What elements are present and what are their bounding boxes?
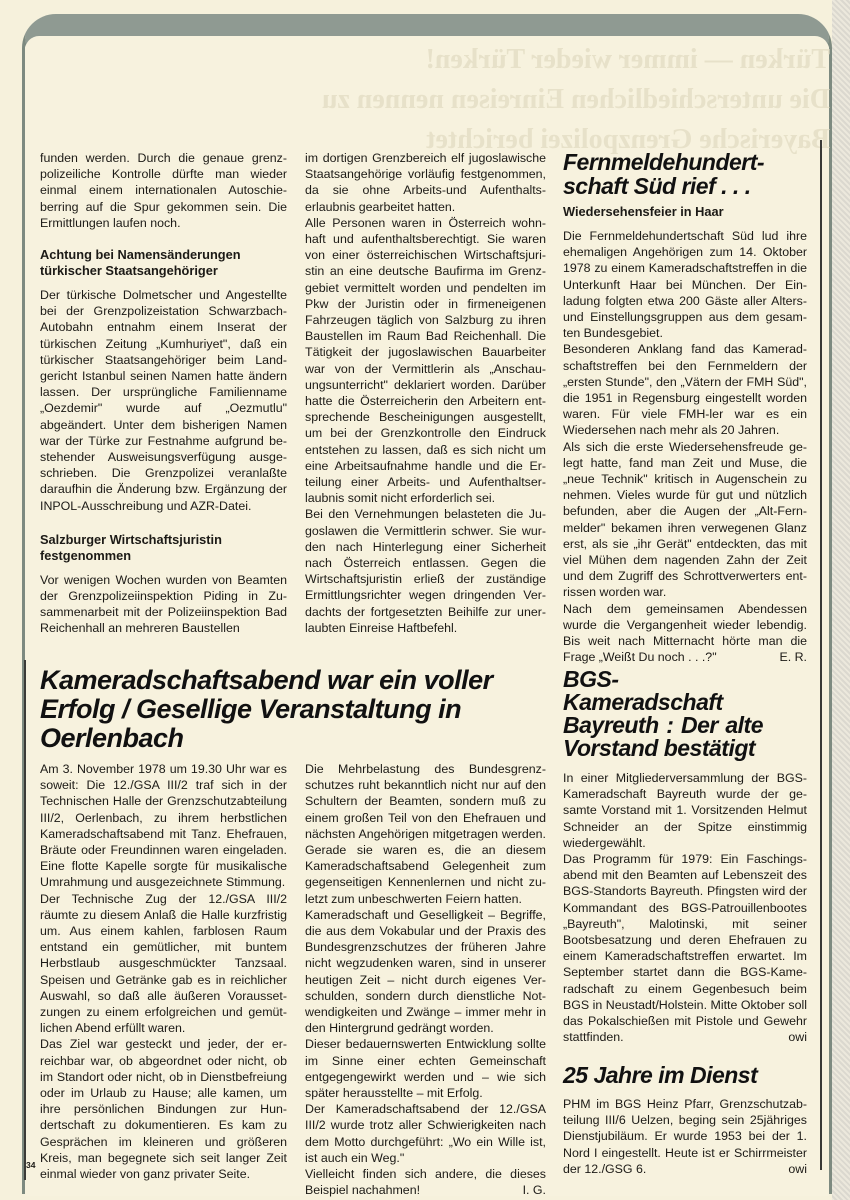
bleed-through-text: Türken — immer wieder Türken! Die unters… bbox=[240, 40, 830, 160]
paragraph-text: Vielleicht finden sich andere, die diese… bbox=[305, 1167, 546, 1197]
subheading: Wiedersehensfeier in Haar bbox=[563, 204, 807, 220]
paragraph-text: Das Programm für 1979: Ein Faschings­abe… bbox=[563, 852, 807, 1044]
subheading: Achtung bei Namensänderungen türkischer … bbox=[40, 247, 287, 279]
paragraph: Als sich die erste Wiedersehensfreude ge… bbox=[563, 439, 807, 601]
bleed-line: Die unterschiedlichen Einreisen nennen z… bbox=[240, 80, 830, 120]
paragraph: Der türkische Dolmetscher und Angestellt… bbox=[40, 287, 287, 514]
page-edge-texture bbox=[832, 0, 850, 1200]
bleed-line: Türken — immer wieder Türken! bbox=[240, 40, 830, 80]
paragraph: Der Technische Zug der 12./GSA III/2 räu… bbox=[40, 891, 287, 1037]
paragraph: Das Programm für 1979: Ein Faschings­abe… bbox=[563, 851, 807, 1045]
paragraph: Die Fernmeldehundertschaft Süd lud ihre … bbox=[563, 228, 807, 341]
paragraph: funden werden. Durch die genaue grenz­po… bbox=[40, 150, 287, 231]
paragraph: Vielleicht finden sich andere, die diese… bbox=[305, 1166, 546, 1198]
article-headline: BGS-Kameradschaft Bayreuth : Der alte Vo… bbox=[563, 668, 763, 760]
article-fernmelde: Fernmeldehundert­schaft Süd rief . . . W… bbox=[563, 150, 807, 665]
page-number: 34 bbox=[26, 1160, 35, 1170]
paragraph: Besonderen Anklang fand das Kamerad­scha… bbox=[563, 341, 807, 438]
article-kameradschaftsabend-column-2: Die Mehrbelastung des Bundesgrenz­schutz… bbox=[305, 761, 546, 1198]
byline: I. G. bbox=[523, 1182, 546, 1198]
paragraph: Kameradschaft und Geselligkeit – Begriff… bbox=[305, 907, 546, 1037]
column-rule bbox=[820, 660, 822, 1170]
article-top-column-2: im dortigen Grenzbereich elf jugoslawisc… bbox=[305, 150, 546, 636]
paragraph-text: Nach dem gemeinsamen Abendessen wurde di… bbox=[563, 602, 807, 665]
byline: owi bbox=[788, 1029, 807, 1045]
paragraph: In einer Mitgliederversammlung der BGS-K… bbox=[563, 770, 807, 851]
paragraph: Alle Personen waren in Österreich wohn­h… bbox=[305, 215, 546, 507]
paragraph: Vor wenigen Wochen wurden von Beamten de… bbox=[40, 572, 287, 637]
paragraph: PHM im BGS Heinz Pfarr, Grenzschutzab­te… bbox=[563, 1096, 807, 1177]
paragraph: im dortigen Grenzbereich elf jugoslawisc… bbox=[305, 150, 546, 215]
article-kameradschaftsabend-column-1: Am 3. November 1978 um 19.30 Uhr war es … bbox=[40, 761, 287, 1182]
column-rule bbox=[820, 140, 822, 660]
article-headline: 25 Jahre im Dienst bbox=[563, 1062, 807, 1088]
article-top-column-1: funden werden. Durch die genaue grenz­po… bbox=[40, 150, 287, 637]
paragraph-text: PHM im BGS Heinz Pfarr, Grenzschutzab­te… bbox=[563, 1097, 807, 1176]
subheading: Salzburger Wirtschaftsjuristin festgenom… bbox=[40, 532, 287, 564]
byline: owi bbox=[788, 1161, 807, 1177]
paragraph: Der Kameradschaftsabend der 12./GSA III/… bbox=[305, 1101, 546, 1166]
column-rule bbox=[24, 660, 26, 1180]
article-jubilaeum: 25 Jahre im Dienst PHM im BGS Heinz Pfar… bbox=[563, 1062, 807, 1177]
paragraph: Das Ziel war gesteckt und jeder, der er­… bbox=[40, 1036, 287, 1182]
paragraph: Die Mehrbelastung des Bundesgrenz­schutz… bbox=[305, 761, 546, 907]
article-headline: Fernmeldehundert­schaft Süd rief . . . bbox=[563, 150, 807, 198]
byline: E. R. bbox=[779, 649, 807, 665]
article-headline: Kameradschaftsabend war ein voller Erfol… bbox=[40, 666, 550, 753]
paragraph: Am 3. November 1978 um 19.30 Uhr war es … bbox=[40, 761, 287, 891]
paragraph: Dieser bedauernswerten Entwicklung sollt… bbox=[305, 1036, 546, 1101]
article-bayreuth: BGS-Kameradschaft Bayreuth : Der alte Vo… bbox=[563, 668, 807, 1045]
paragraph: Bei den Vernehmungen belasteten die Ju­g… bbox=[305, 506, 546, 636]
paragraph: Nach dem gemeinsamen Abendessen wurde di… bbox=[563, 601, 807, 666]
